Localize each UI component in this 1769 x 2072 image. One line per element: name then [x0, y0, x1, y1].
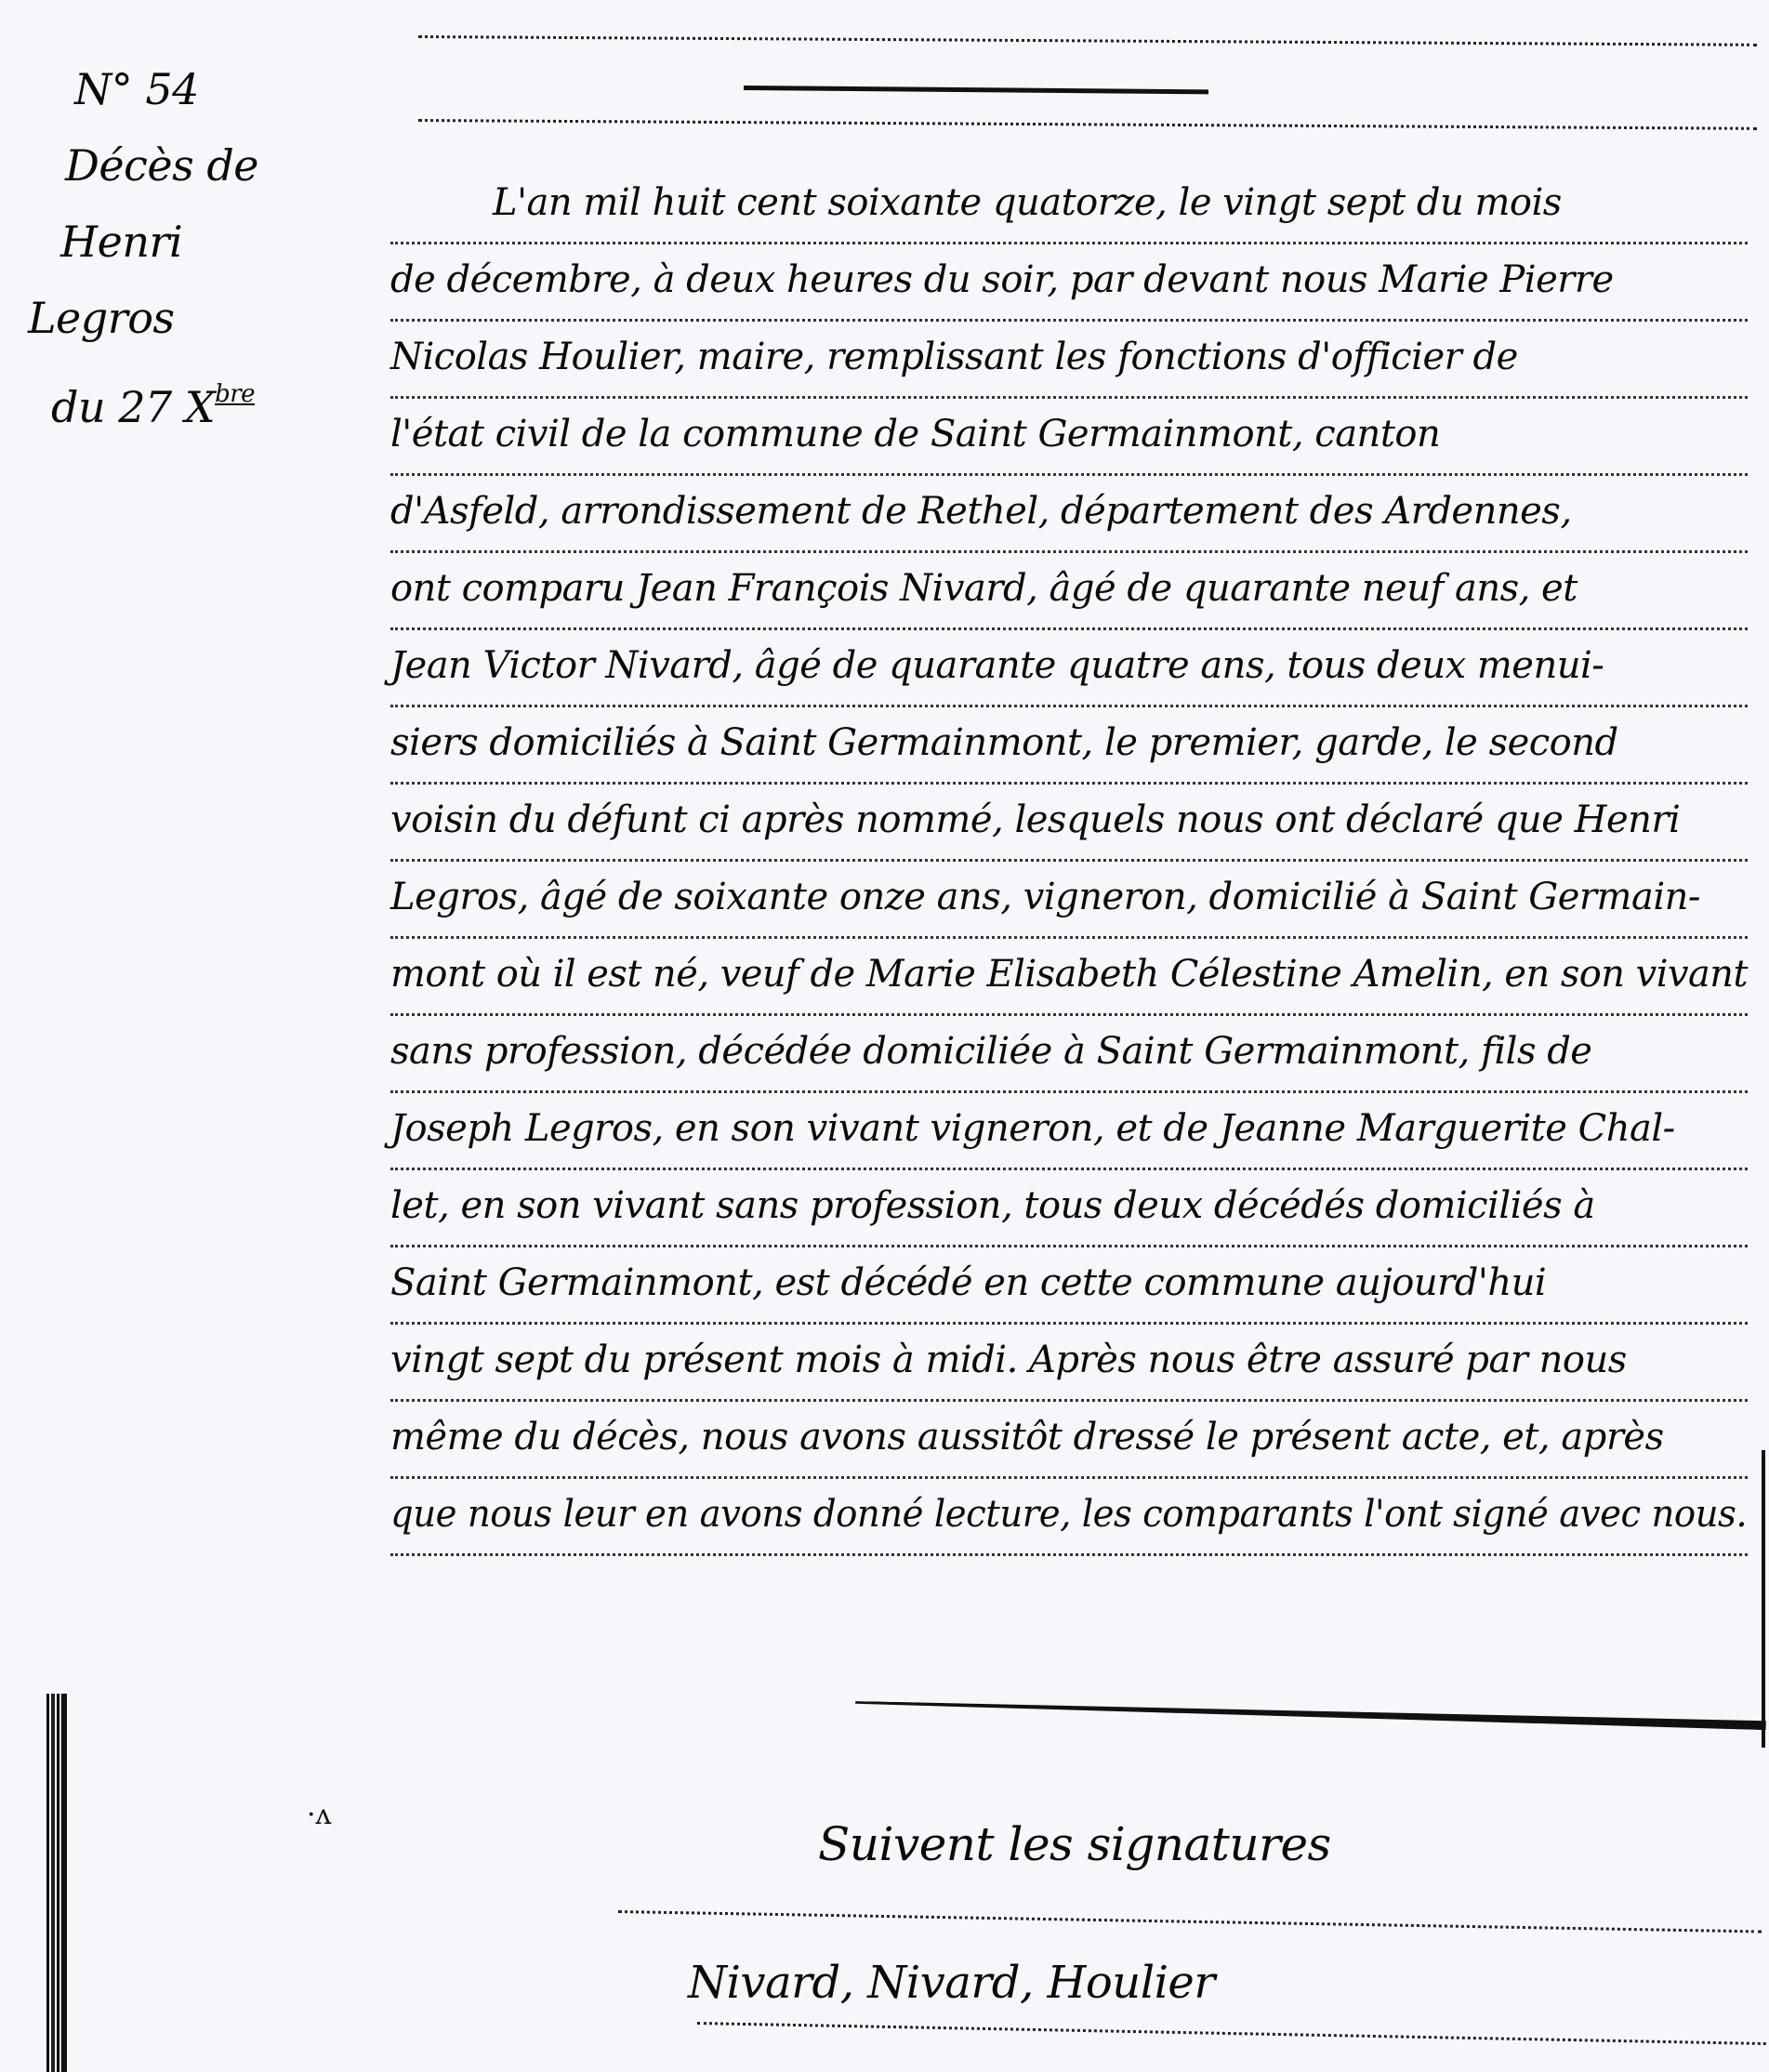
body-line: Jean Victor Nivard, âgé de quarante quat… [390, 630, 1748, 707]
header-solid-rule [744, 86, 1208, 94]
body-line: Legros, âgé de soixante onze ans, vigner… [390, 862, 1748, 939]
closing-thick-rule [855, 1701, 1766, 1730]
body-line: let, en son vivant sans profession, tous… [390, 1170, 1748, 1247]
body-line: mont où il est né, veuf de Marie Elisabe… [390, 939, 1748, 1016]
right-border-line [1762, 1450, 1765, 1748]
header-dotted-rule-1 [418, 35, 1757, 46]
body-line: de décembre, à deux heures du soir, par … [390, 244, 1748, 322]
body-line: siers domiciliés à Saint Germainmont, le… [390, 707, 1748, 785]
closing-dotted-rule [618, 1910, 1762, 1933]
margin-date-text: du 27 X [51, 382, 215, 432]
margin-date-superscript: bre [215, 380, 255, 408]
body-line: d'Asfeld, arrondissement de Rethel, dépa… [390, 476, 1748, 553]
body-line: l'état civil de la commune de Saint Germ… [390, 399, 1748, 476]
body-line: Joseph Legros, en son vivant vigneron, e… [390, 1093, 1748, 1170]
signatories: Nivard, Nivard, Houlier [688, 1957, 1215, 2009]
margin-annotation: N° 54 Décès de Henri Legros du 27 Xbre [28, 51, 344, 445]
margin-title: Décès de [28, 127, 344, 204]
body-line: sans profession, décédée domiciliée à Sa… [390, 1016, 1748, 1093]
margin-date: du 27 Xbre [28, 356, 344, 445]
body-line: ont comparu Jean François Nivard, âgé de… [390, 553, 1748, 630]
record-body: L'an mil huit cent soixante quatorze, le… [390, 167, 1748, 1556]
body-line: voisin du défunt ci après nommé, lesquel… [390, 785, 1748, 862]
closing-statement: Suivent les signatures [818, 1817, 1331, 1871]
margin-surname: Legros [28, 280, 344, 356]
scan-edge-artifact [46, 1694, 67, 2072]
header-dotted-rule-2 [418, 119, 1757, 130]
ink-speck: ·ᴧ [307, 1799, 331, 1831]
body-line: L'an mil huit cent soixante quatorze, le… [390, 167, 1748, 244]
signature-dotted-rule [697, 2022, 1766, 2045]
body-line: que nous leur en avons donné lecture, le… [390, 1479, 1748, 1556]
body-line: même du décès, nous avons aussitôt dress… [390, 1402, 1748, 1479]
body-line: vingt sept du présent mois à midi. Après… [390, 1325, 1748, 1402]
record-number: N° 54 [28, 51, 344, 127]
margin-given-name: Henri [28, 204, 344, 280]
body-line: Nicolas Houlier, maire, remplissant les … [390, 322, 1748, 399]
body-line: Saint Germainmont, est décédé en cette c… [390, 1247, 1748, 1325]
